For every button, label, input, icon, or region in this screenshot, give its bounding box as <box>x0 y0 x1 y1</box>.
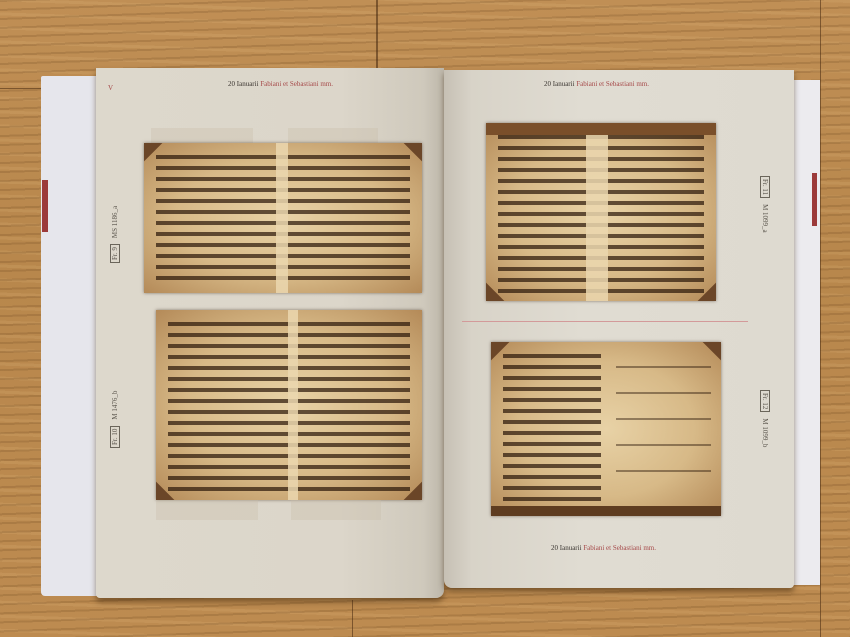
manuscript-edge <box>491 506 721 516</box>
footer-head-title: Fabiani et Sebastiani mm. <box>583 544 656 552</box>
red-divider-line <box>462 321 748 322</box>
running-head: 20 Ianuarii Fabiani et Sebastiani mm. <box>544 80 649 88</box>
photo-shadow <box>156 500 258 520</box>
fragment-shelfmark: MS 1186_a <box>111 206 119 238</box>
manuscript-fragment-10 <box>156 310 422 500</box>
ribbon-bookmark-left <box>42 180 48 232</box>
manuscript-fragment-11 <box>486 123 716 301</box>
fragment-shelfmark: M 1099_a <box>761 204 769 233</box>
running-head-title: Fabiani et Sebastiani mm. <box>260 80 333 88</box>
manuscript-fragment-12 <box>491 342 721 516</box>
left-page: V 20 Ianuarii Fabiani et Sebastiani mm. … <box>96 68 444 598</box>
fragment-number: Fr. 10 <box>110 426 120 448</box>
music-notation <box>616 352 711 496</box>
running-head: 20 Ianuarii Fabiani et Sebastiani mm. <box>228 80 333 88</box>
folio-number: V <box>108 84 113 92</box>
running-head-title: Fabiani et Sebastiani mm. <box>576 80 649 88</box>
manuscript-fragment-9 <box>144 143 422 293</box>
fragment-shelfmark: M 1099_b <box>761 418 769 447</box>
photo-shadow <box>291 500 381 520</box>
fragment-shelfmark: M 1476_b <box>111 391 119 420</box>
manuscript-gutter <box>586 123 608 301</box>
manuscript-edge <box>486 123 716 135</box>
running-head-date: 20 Ianuarii <box>228 80 259 88</box>
book-cover-right <box>790 80 820 585</box>
fragment-number: Fr. 9 <box>110 244 120 263</box>
fragment-number: Fr. 11 <box>760 176 770 198</box>
fragment-label-10: Fr. 10 M 1476_b <box>110 391 120 448</box>
plank-seam <box>352 600 353 637</box>
running-head-date: 20 Ianuarii <box>544 80 575 88</box>
manuscript-gutter <box>276 143 288 293</box>
manuscript-gutter <box>288 310 298 500</box>
plank-seam <box>376 0 378 72</box>
fragment-label-11: Fr. 11 M 1099_a <box>760 176 770 233</box>
fragment-label-9: Fr. 9 MS 1186_a <box>110 206 120 263</box>
footer-head-date: 20 Ianuarii <box>551 544 582 552</box>
plank-seam <box>820 0 821 637</box>
book-cover-left <box>41 76 103 596</box>
fragment-number: Fr. 12 <box>760 390 770 412</box>
footer-head: 20 Ianuarii Fabiani et Sebastiani mm. <box>551 544 656 552</box>
right-page: 20 Ianuarii Fabiani et Sebastiani mm. Fr… <box>444 70 794 588</box>
manuscript-text <box>503 350 601 508</box>
fragment-label-12: Fr. 12 M 1099_b <box>760 390 770 447</box>
ribbon-bookmark-right <box>812 173 817 226</box>
